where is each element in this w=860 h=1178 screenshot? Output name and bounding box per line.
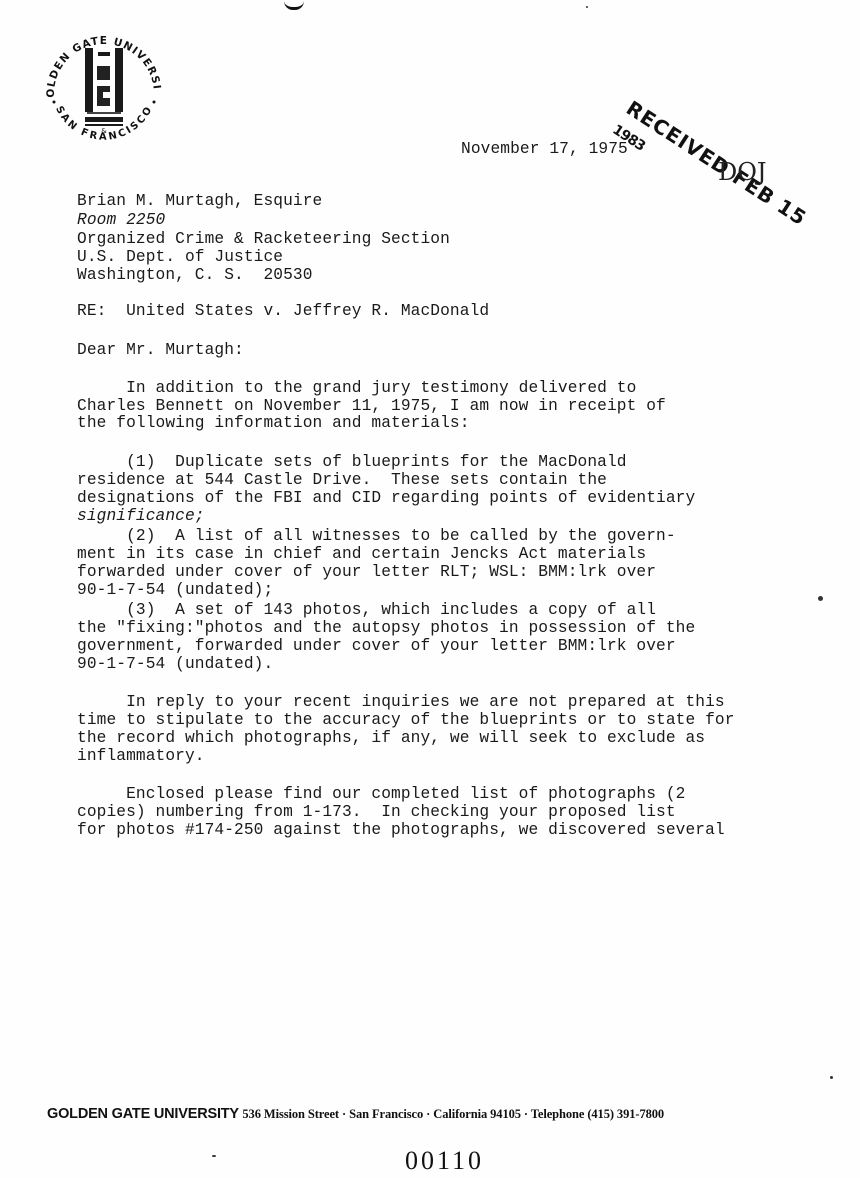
svg-text:SAN FRANCISCO: SAN FRANCISCO [53, 104, 155, 142]
list-line: ment in its case in chief and certain Je… [77, 545, 646, 563]
university-seal-logo: GOLDEN GATE UNIVERSITY SAN FRANCISCO & [40, 28, 168, 150]
body-line: Charles Bennett on November 11, 1975, I … [77, 397, 666, 415]
list-line: forwarded under cover of your letter RLT… [77, 563, 656, 581]
svg-text:&: & [101, 127, 107, 135]
list-line: government, forwarded under cover of you… [77, 637, 676, 655]
salutation: Dear Mr. Murtagh: [77, 341, 244, 359]
handwritten-doj-note: DOJ [718, 158, 767, 186]
list-line: (1) Duplicate sets of blueprints for the… [77, 453, 627, 471]
scan-mark [284, 1, 304, 10]
scan-speck [212, 1155, 216, 1157]
received-stamp-text: RECEIVED FEB 15 [622, 96, 811, 230]
body-line: copies) numbering from 1-173. In checkin… [77, 803, 676, 821]
list-line: the "fixing:"photos and the autopsy phot… [77, 619, 695, 637]
body-line: the following information and materials: [77, 414, 470, 432]
scan-speck [830, 1076, 833, 1079]
golden-gate-university-seal-icon: GOLDEN GATE UNIVERSITY SAN FRANCISCO & [40, 28, 168, 150]
recipient-line: Organized Crime & Racketeering Section [77, 230, 450, 248]
recipient-line: Brian M. Murtagh, Esquire [77, 192, 322, 210]
recipient-line: Room 2250 [77, 211, 165, 229]
list-line: significance; [77, 507, 205, 525]
list-line: residence at 544 Castle Drive. These set… [77, 471, 607, 489]
body-line: the record which photographs, if any, we… [77, 729, 705, 747]
list-line: designations of the FBI and CID regardin… [77, 489, 695, 507]
list-line: 90-1-7-54 (undated). [77, 655, 273, 673]
body-line: Enclosed please find our completed list … [77, 785, 685, 803]
list-line: (3) A set of 143 photos, which includes … [77, 601, 656, 619]
body-line: In reply to your recent inquiries we are… [77, 693, 725, 711]
scan-speck [586, 6, 588, 8]
letter-date: November 17, 1975 [461, 140, 628, 158]
scan-speck [818, 596, 823, 601]
bates-number: 00110 [405, 1146, 484, 1176]
body-line: for photos #174-250 against the photogra… [77, 821, 725, 839]
body-line: time to stipulate to the accuracy of the… [77, 711, 735, 729]
recipient-line: U.S. Dept. of Justice [77, 248, 283, 266]
footer-university-name: GOLDEN GATE UNIVERSITY [47, 1106, 239, 1122]
body-line: In addition to the grand jury testimony … [77, 379, 636, 397]
body-line: inflammatory. [77, 747, 205, 765]
subject-line: RE: United States v. Jeffrey R. MacDonal… [77, 302, 489, 320]
footer-address: 536 Mission Street · San Francisco · Cal… [242, 1107, 664, 1121]
list-line: 90-1-7-54 (undated); [77, 581, 273, 599]
letterhead-footer: GOLDEN GATE UNIVERSITY 536 Mission Stree… [47, 1106, 664, 1123]
list-line: (2) A list of all witnesses to be called… [77, 527, 676, 545]
recipient-line: Washington, C. S. 20530 [77, 266, 313, 284]
